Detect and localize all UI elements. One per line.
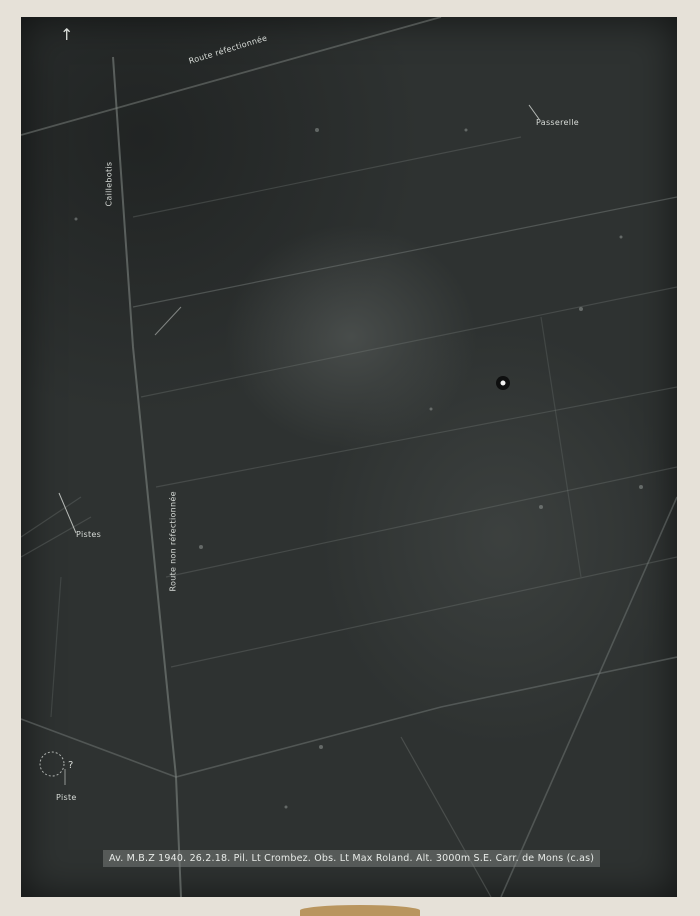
annotation-piste: Piste: [56, 793, 77, 802]
annotation-question-mark: ?: [68, 760, 74, 771]
mount-tab: [300, 905, 420, 916]
photo-caption: Av. M.B.Z 1940. 26.2.18. Pil. Lt Crombez…: [103, 850, 600, 867]
track-circle-marker: [40, 752, 64, 776]
annotation-route-non-refectionnee: Route non réfectionnée: [169, 491, 178, 591]
terrain-lines: [21, 17, 677, 897]
annotation-caillebotis: Caillebotis: [105, 162, 114, 207]
annotation-passerelle: Passerelle: [536, 118, 579, 127]
aerial-photograph: ↑ Route réfectionnée Passerelle Caillebo…: [21, 17, 677, 897]
north-arrow-icon: ↑: [60, 25, 74, 44]
annotation-pistes: Pistes: [76, 530, 101, 539]
